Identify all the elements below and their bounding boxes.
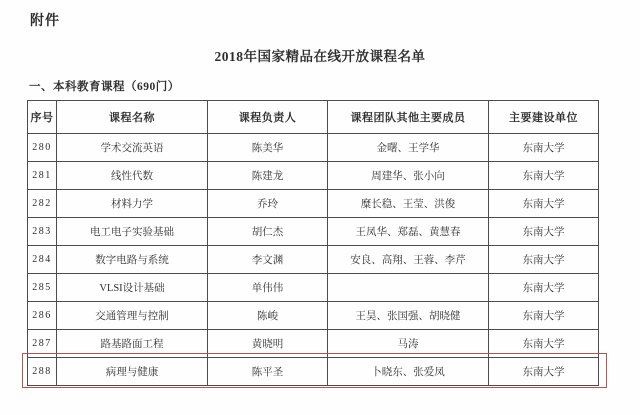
institution-cell: 东南大学 <box>489 134 599 162</box>
team-members-cell: 卜晓东、张爱凤 <box>328 358 489 386</box>
col-header-index: 序号 <box>28 101 57 134</box>
index-cell: 280 <box>28 134 57 162</box>
team-members-cell: 安良、高翔、王蓉、李芹 <box>328 246 489 274</box>
index-cell: 285 <box>28 274 57 302</box>
attachment-label: 附件 <box>30 10 60 30</box>
col-header-team-members: 课程团队其他主要成员 <box>328 101 489 134</box>
table-row: 286 交通管理与控制 陈峻 王昊、张国强、胡晓健 东南大学 <box>28 302 599 330</box>
table-row: 280 学术交流英语 陈美华 金曙、王学华 东南大学 <box>28 134 599 162</box>
leader-cell: 陈峻 <box>208 302 328 330</box>
index-cell: 288 <box>28 358 57 386</box>
institution-cell: 东南大学 <box>489 246 599 274</box>
col-header-course-name: 课程名称 <box>57 101 208 134</box>
table-row: 287 路基路面工程 黄晓明 马涛 东南大学 <box>28 330 599 358</box>
team-members-cell: 糜长稳、王莹、洪俊 <box>328 190 489 218</box>
course-name-cell: 材料力学 <box>57 190 208 218</box>
team-members-cell: 王昊、张国强、胡晓健 <box>328 302 489 330</box>
team-members-cell: 周建华、张小向 <box>328 162 489 190</box>
team-members-cell: 金曙、王学华 <box>328 134 489 162</box>
institution-cell: 东南大学 <box>489 274 599 302</box>
course-table: 序号 课程名称 课程负责人 课程团队其他主要成员 主要建设单位 280 学术交流… <box>27 100 599 386</box>
course-name-cell: 学术交流英语 <box>57 134 208 162</box>
section-heading: 一、本科教育课程（690门） <box>29 78 180 94</box>
table-row: 281 线性代数 陈建龙 周建华、张小向 东南大学 <box>28 162 599 190</box>
institution-cell: 东南大学 <box>489 218 599 246</box>
institution-cell: 东南大学 <box>489 302 599 330</box>
table-row: 285 VLSI设计基础 单伟伟 东南大学 <box>28 274 599 302</box>
leader-cell: 乔玲 <box>208 190 328 218</box>
leader-cell: 陈美华 <box>208 134 328 162</box>
leader-cell: 陈建龙 <box>208 162 328 190</box>
team-members-cell: 王凤华、郑磊、黄慧春 <box>328 218 489 246</box>
institution-cell: 东南大学 <box>489 330 599 358</box>
index-cell: 287 <box>28 330 57 358</box>
col-header-leader: 课程负责人 <box>208 101 328 134</box>
index-cell: 282 <box>28 190 57 218</box>
institution-cell: 东南大学 <box>489 190 599 218</box>
leader-cell: 陈平圣 <box>208 358 328 386</box>
course-name-cell: 数字电路与系统 <box>57 246 208 274</box>
table-row-highlighted: 288 病理与健康 陈平圣 卜晓东、张爱凤 东南大学 <box>28 358 599 386</box>
leader-cell: 胡仁杰 <box>208 218 328 246</box>
page-title: 2018年国家精品在线开放课程名单 <box>0 45 640 65</box>
course-name-cell: VLSI设计基础 <box>57 274 208 302</box>
index-cell: 284 <box>28 246 57 274</box>
team-members-cell: 马涛 <box>328 330 489 358</box>
leader-cell: 单伟伟 <box>208 274 328 302</box>
course-name-cell: 电工电子实验基础 <box>57 218 208 246</box>
leader-cell: 李文渊 <box>208 246 328 274</box>
course-name-cell: 路基路面工程 <box>57 330 208 358</box>
course-name-cell: 交通管理与控制 <box>57 302 208 330</box>
leader-cell: 黄晓明 <box>208 330 328 358</box>
course-name-cell: 病理与健康 <box>57 358 208 386</box>
table-row: 284 数字电路与系统 李文渊 安良、高翔、王蓉、李芹 东南大学 <box>28 246 599 274</box>
index-cell: 281 <box>28 162 57 190</box>
institution-cell: 东南大学 <box>489 358 599 386</box>
table-header-row: 序号 课程名称 课程负责人 课程团队其他主要成员 主要建设单位 <box>28 101 599 134</box>
table-row: 282 材料力学 乔玲 糜长稳、王莹、洪俊 东南大学 <box>28 190 599 218</box>
course-name-cell: 线性代数 <box>57 162 208 190</box>
table-row: 283 电工电子实验基础 胡仁杰 王凤华、郑磊、黄慧春 东南大学 <box>28 218 599 246</box>
col-header-institution: 主要建设单位 <box>489 101 599 134</box>
institution-cell: 东南大学 <box>489 162 599 190</box>
index-cell: 286 <box>28 302 57 330</box>
team-members-cell <box>328 274 489 302</box>
index-cell: 283 <box>28 218 57 246</box>
